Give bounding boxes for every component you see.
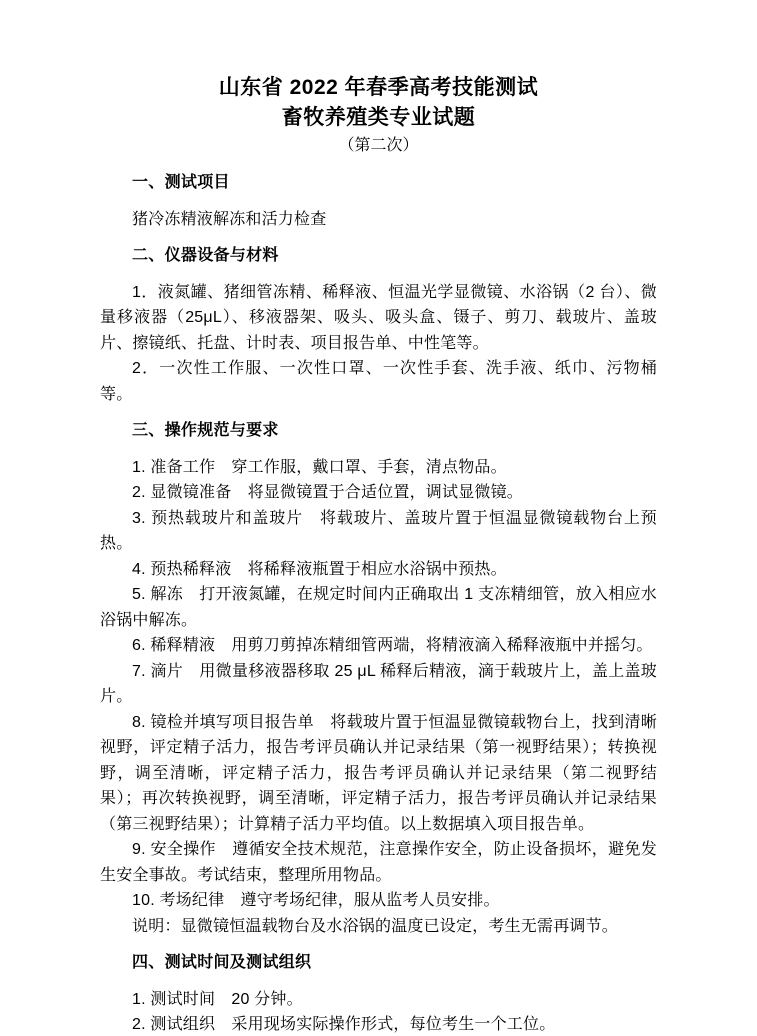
- paragraph: 4. 预热稀释液 将稀释液瓶置于相应水浴锅中预热。: [100, 557, 657, 583]
- paragraph: 2. 测试组织 采用现场实际操作形式，每位考生一个工位。: [100, 1012, 657, 1036]
- paragraph: 7. 滴片 用微量移液器移取 25 μL 稀释后精液，滴于载玻片上，盖上盖玻片。: [100, 659, 657, 710]
- paragraph: 猪冷冻精液解冻和活力检查: [100, 207, 657, 233]
- paragraph: 1. 测试时间 20 分钟。: [100, 987, 657, 1013]
- paragraph: 8. 镜检并填写项目报告单 将载玻片置于恒温显微镜载物台上，找到清晰视野，评定精…: [100, 710, 657, 838]
- document-title-line2: 畜牧养殖类专业试题: [100, 103, 657, 133]
- paragraph: 2. 显微镜准备 将显微镜置于合适位置，调试显微镜。: [100, 480, 657, 506]
- section-operation-specs: 三、操作规范与要求 1. 准备工作 穿工作服，戴口罩、手套，清点物品。 2. 显…: [100, 418, 657, 939]
- section-test-items: 一、测试项目 猪冷冻精液解冻和活力检查: [100, 170, 657, 232]
- section-heading: 三、操作规范与要求: [100, 418, 657, 444]
- paragraph-note: 说明：显微镜恒温载物台及水浴锅的温度已设定，考生无需再调节。: [100, 914, 657, 940]
- section-heading: 一、测试项目: [100, 170, 657, 196]
- paragraph: 9. 安全操作 遵循安全技术规范，注意操作安全，防止设备损坏，避免发生安全事故。…: [100, 837, 657, 888]
- section-heading: 二、仪器设备与材料: [100, 243, 657, 269]
- section-test-time-organization: 四、测试时间及测试组织 1. 测试时间 20 分钟。 2. 测试组织 采用现场实…: [100, 950, 657, 1036]
- document-title-line1: 山东省 2022 年春季高考技能测试: [100, 73, 657, 103]
- paragraph: 3. 预热载玻片和盖玻片 将载玻片、盖玻片置于恒温显微镜载物台上预热。: [100, 506, 657, 557]
- section-heading: 四、测试时间及测试组织: [100, 950, 657, 976]
- paragraph: 2．一次性工作服、一次性口罩、一次性手套、洗手液、纸巾、污物桶等。: [100, 356, 657, 407]
- document-page: 山东省 2022 年春季高考技能测试 畜牧养殖类专业试题 （第二次） 一、测试项…: [0, 0, 757, 1036]
- section-equipment-materials: 二、仪器设备与材料 1．液氮罐、猪细管冻精、稀释液、恒温光学显微镜、水浴锅（2 …: [100, 243, 657, 407]
- paragraph: 6. 稀释精液 用剪刀剪掉冻精细管两端，将精液滴入稀释液瓶中并摇匀。: [100, 633, 657, 659]
- paragraph: 10. 考场纪律 遵守考场纪律，服从监考人员安排。: [100, 888, 657, 914]
- paragraph: 1. 准备工作 穿工作服，戴口罩、手套，清点物品。: [100, 455, 657, 481]
- paragraph: 5. 解冻 打开液氮罐，在规定时间内正确取出 1 支冻精细管，放入相应水浴锅中解…: [100, 582, 657, 633]
- document-subtitle: （第二次）: [100, 133, 657, 159]
- paragraph: 1．液氮罐、猪细管冻精、稀释液、恒温光学显微镜、水浴锅（2 台）、微量移液器（2…: [100, 280, 657, 357]
